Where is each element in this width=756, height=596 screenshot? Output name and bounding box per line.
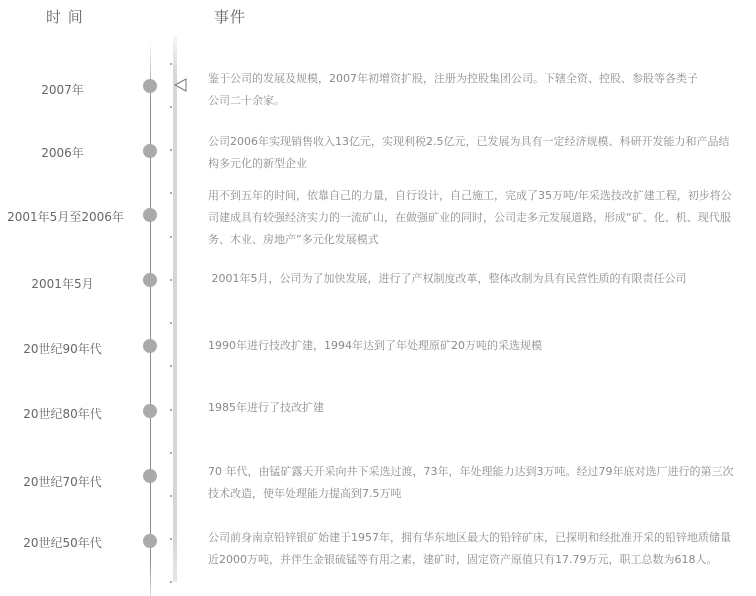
tick-mark — [170, 192, 172, 194]
tick-mark — [170, 365, 172, 367]
timeline-time: 20世纪70年代 — [0, 473, 125, 490]
tick-mark — [170, 322, 172, 324]
timeline-dot[interactable] — [143, 534, 157, 548]
timeline-scroll-rail[interactable] — [173, 36, 177, 582]
timeline-line — [150, 40, 151, 596]
timeline-dot[interactable] — [143, 404, 157, 418]
timeline-dot[interactable] — [143, 339, 157, 353]
timeline-event: 公司前身南京铅锌银矿始建于1957年，拥有华东地区最大的铅锌矿床，已探明和经批准… — [208, 527, 738, 571]
timeline-time: 20世纪80年代 — [0, 405, 125, 422]
tick-mark — [170, 149, 172, 151]
timeline-time: 2001年5月 — [0, 275, 125, 292]
timeline-time: 2006年 — [0, 144, 125, 161]
timeline-event: 70 年代，由锰矿露天开采向井下采选过渡，73年，年处理能力达到3万吨。经过79… — [208, 461, 738, 505]
timeline-event: 1990年进行技改扩建，1994年达到了年处理原矿20万吨的采选规模 — [208, 335, 738, 357]
timeline-event: 1985年进行了技改扩建 — [208, 397, 738, 419]
tick-mark — [170, 236, 172, 238]
header-event: 事件 — [214, 6, 246, 27]
timeline-event: 用不到五年的时间，依靠自己的力量，自行设计，自己施工，完成了35万吨/年采选技改… — [208, 185, 738, 251]
tick-mark — [170, 409, 172, 411]
tick-mark — [170, 495, 172, 497]
tick-mark — [170, 538, 172, 540]
timeline-event: 鉴于公司的发展及规模，2007年初增资扩股，注册为控股集团公司。下辖全资、控股、… — [208, 68, 708, 112]
timeline-event: 公司2006年实现销售收入13亿元，实现利税2.5亿元，已发展为具有一定经济规模… — [208, 131, 738, 175]
timeline-dot[interactable] — [143, 144, 157, 158]
tick-mark — [170, 279, 172, 281]
timeline-time: 2001年5月至2006年 — [3, 208, 128, 225]
timeline-dot[interactable] — [143, 79, 157, 93]
timeline-event: 2001年5月，公司为了加快发展，进行了产权制度改革，整体改制为具有民营性质的有… — [208, 268, 738, 290]
timeline-dot[interactable] — [143, 469, 157, 483]
timeline-dot[interactable] — [143, 273, 157, 287]
header-time: 时 间 — [46, 6, 84, 27]
tick-mark — [170, 63, 172, 65]
timeline-time: 2007年 — [0, 81, 125, 98]
timeline-time: 20世纪50年代 — [0, 534, 125, 551]
tick-mark — [170, 581, 172, 583]
timeline-dot[interactable] — [143, 208, 157, 222]
tick-mark — [170, 452, 172, 454]
timeline-time: 20世纪90年代 — [0, 340, 125, 357]
tick-mark — [170, 106, 172, 108]
